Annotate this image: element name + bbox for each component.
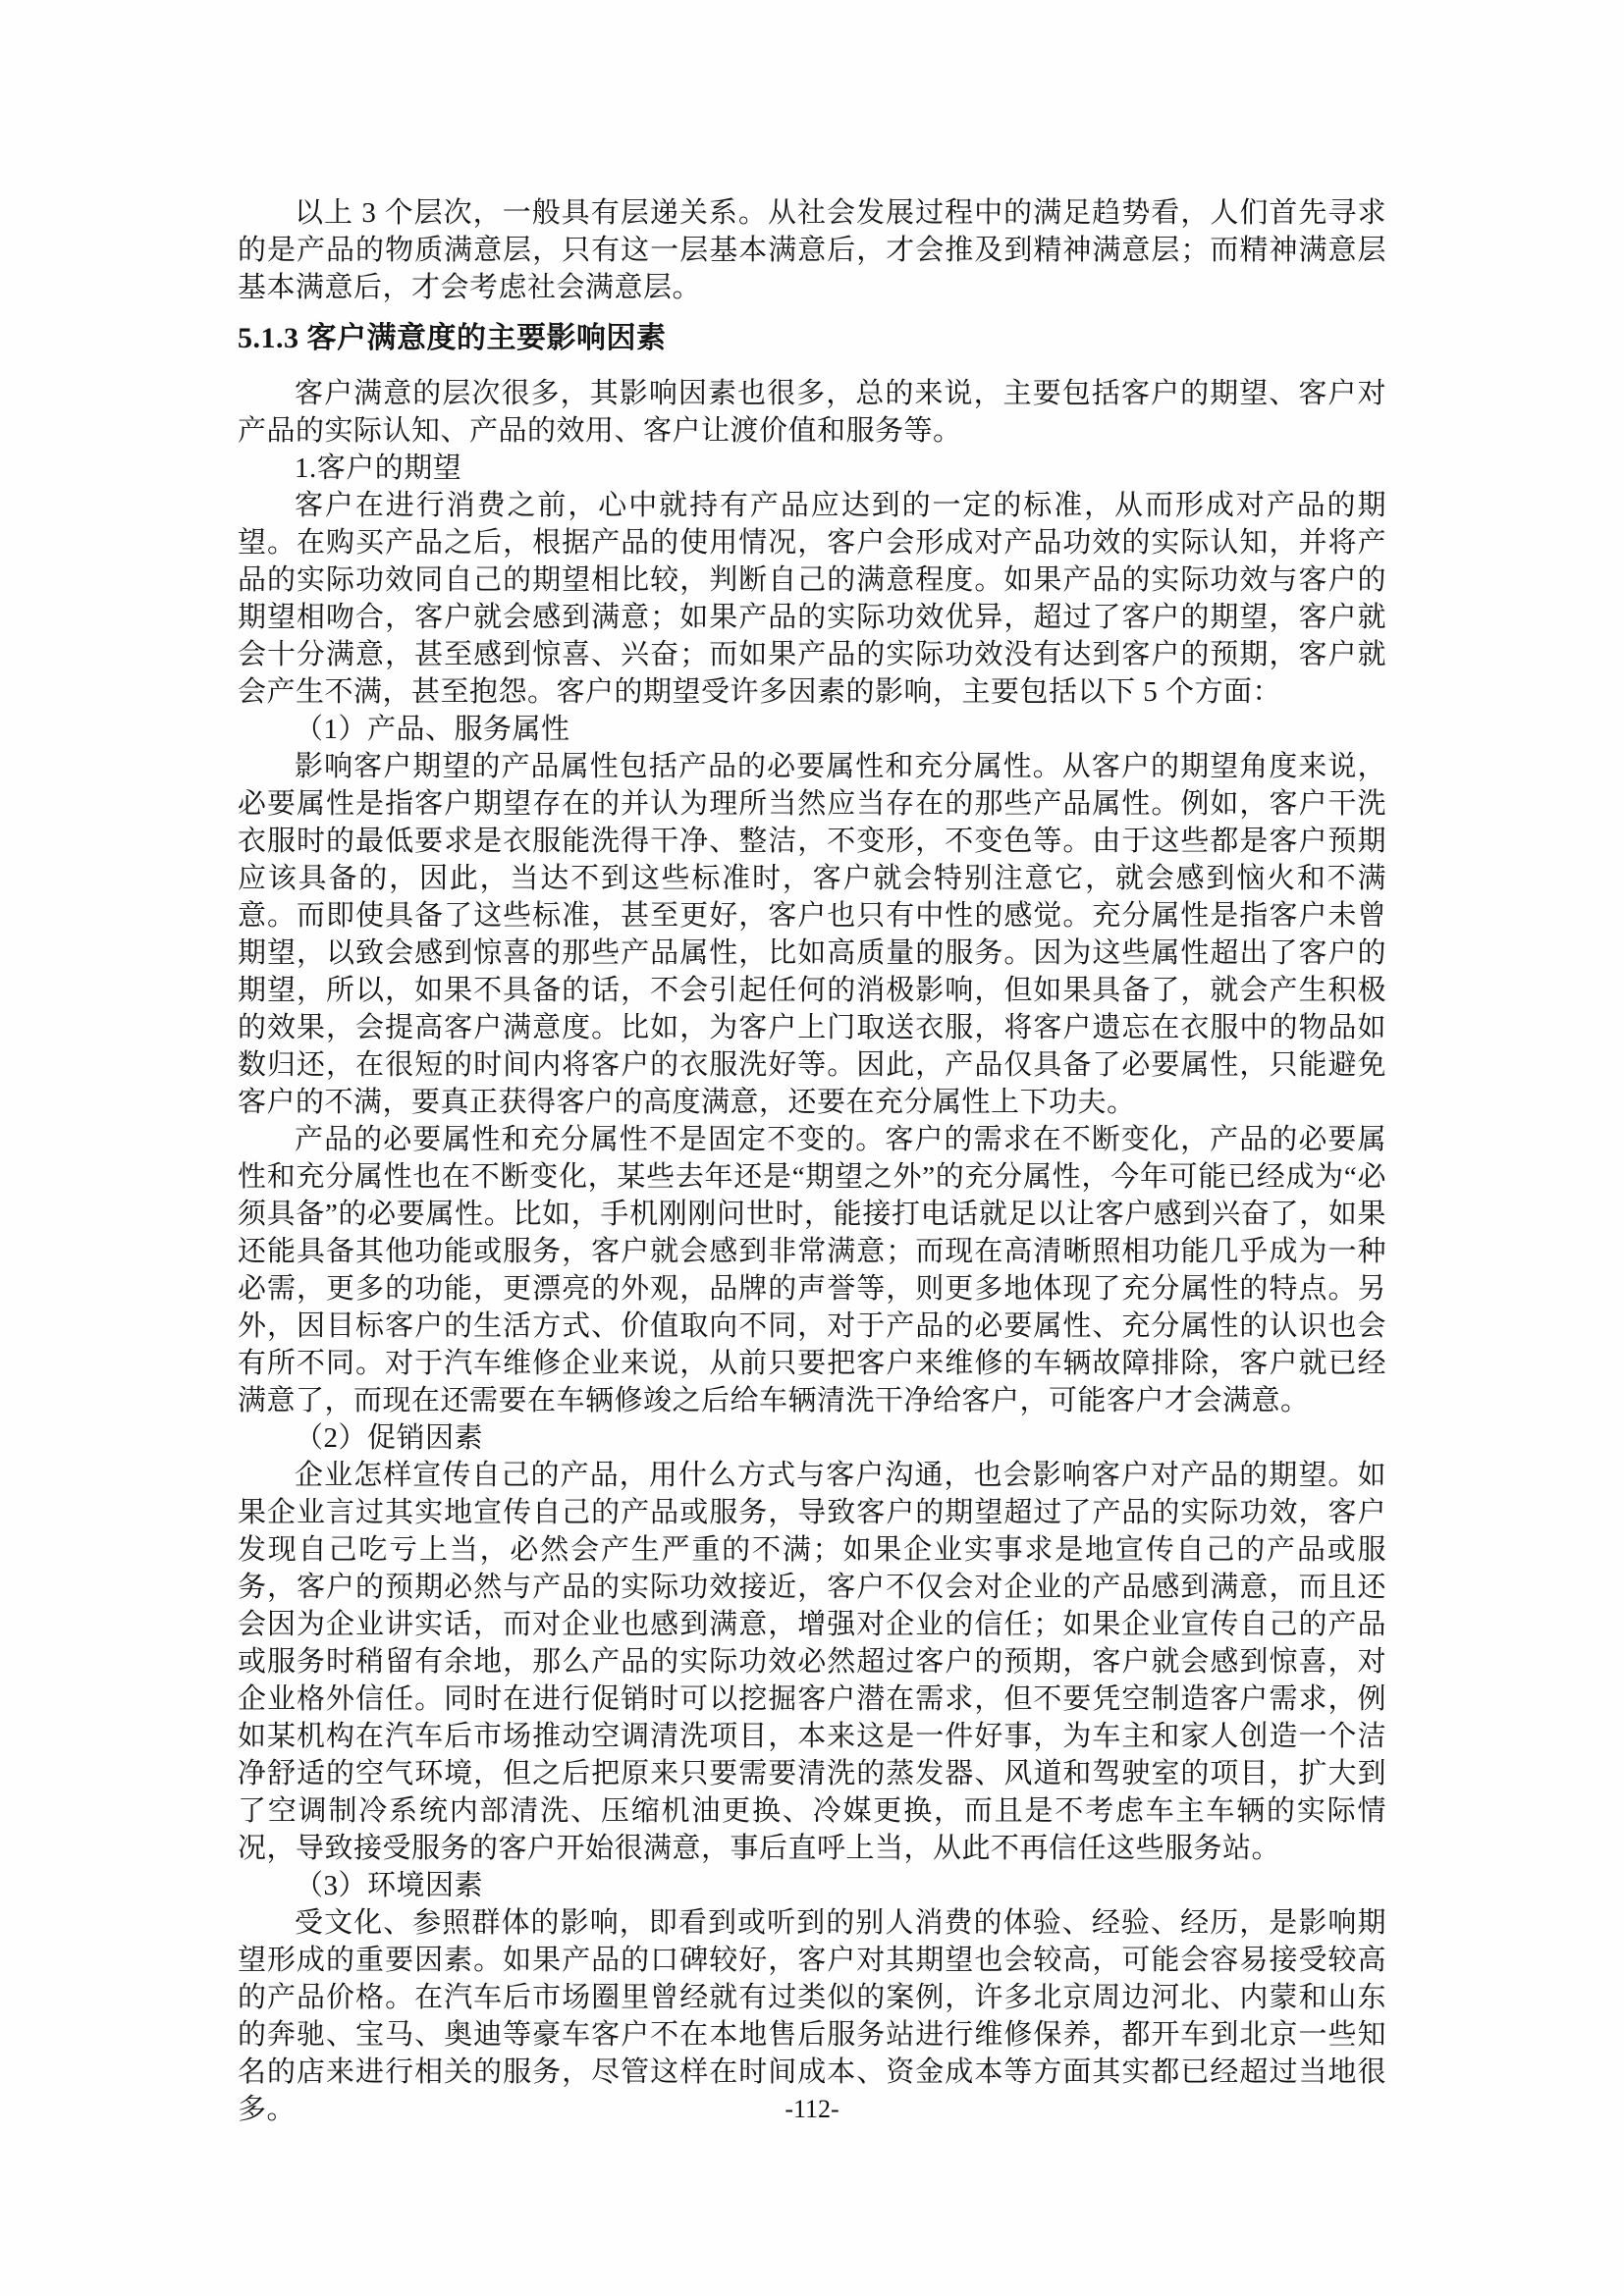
paragraph-promotion-factors: 企业怎样宣传自己的产品，用什么方式与客户沟通，也会影响客户对产品的期望。如果企业… [238, 1457, 1386, 1867]
paragraph-attributes-change: 产品的必要属性和充分属性不是固定不变的。客户的需求在不断变化，产品的必要属性和充… [238, 1121, 1386, 1419]
section-heading-5-1-3: 5.1.3 客户满意度的主要影响因素 [238, 320, 1386, 357]
paragraph-influence-factors-intro: 客户满意的层次很多，其影响因素也很多，总的来说，主要包括客户的期望、客户对产品的… [238, 375, 1386, 450]
paragraph-customer-expectation: 客户在进行消费之前，心中就持有产品应达到的一定的标准，从而形成对产品的期望。在购… [238, 487, 1386, 711]
subheading-promotion-factors: （2）促销因素 [238, 1419, 1386, 1457]
subheading-environment-factors: （3）环境因素 [238, 1867, 1386, 1904]
subheading-product-service-attributes: （1）产品、服务属性 [238, 711, 1386, 748]
paragraph-satisfaction-levels: 以上 3 个层次，一般具有层递关系。从社会发展过程中的满足趋势看，人们首先寻求的… [238, 194, 1386, 306]
document-page: 以上 3 个层次，一般具有层递关系。从社会发展过程中的满足趋势看，人们首先寻求的… [0, 0, 1624, 2296]
page-body: 以上 3 个层次，一般具有层递关系。从社会发展过程中的满足趋势看，人们首先寻求的… [238, 194, 1386, 2128]
page-footer: -112- [0, 2093, 1624, 2126]
paragraph-product-service-attributes: 影响客户期望的产品属性包括产品的必要属性和充分属性。从客户的期望角度来说，必要属… [238, 748, 1386, 1121]
page-number: -112- [785, 2095, 839, 2123]
subheading-customer-expectation: 1.客户的期望 [238, 450, 1386, 487]
